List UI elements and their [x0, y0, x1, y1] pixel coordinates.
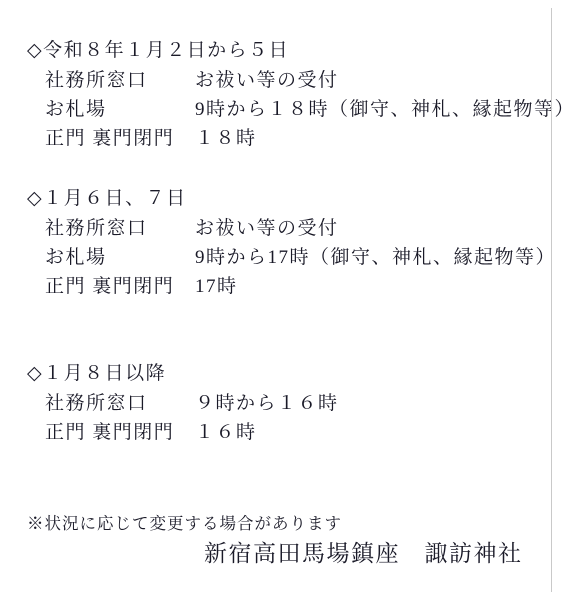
row-label: 社務所窓口	[45, 214, 195, 243]
row-value: 9時から17時（御守、神札、縁起物等）	[195, 243, 556, 272]
section-heading: ◇１月８日以降	[27, 359, 547, 389]
row-value: お祓い等の受付	[195, 66, 339, 95]
section-rows: 社務所窓口 お祓い等の受付 お札場 9時から１８時（御守、神札、縁起物等） 正門…	[27, 66, 547, 153]
schedule-section-jan6-7: ◇１月６日、７日 社務所窓口 お祓い等の受付 お札場 9時から17時（御守、神札…	[27, 184, 547, 301]
row-label: 社務所窓口	[45, 66, 195, 95]
row-label: 社務所窓口	[45, 389, 195, 418]
schedule-row: お札場 9時から17時（御守、神札、縁起物等）	[45, 243, 547, 272]
row-value: お祓い等の受付	[195, 214, 339, 243]
schedule-section-jan8-onward: ◇１月８日以降 社務所窓口 ９時から１６時 正門 裏門閉門 １６時	[27, 359, 547, 447]
schedule-row: 正門 裏門閉門 １６時	[45, 418, 547, 447]
schedule-row: 社務所窓口 ９時から１６時	[45, 389, 547, 418]
row-label: お札場	[45, 95, 195, 124]
row-value: ９時から１６時	[195, 389, 339, 418]
section-rows: 社務所窓口 ９時から１６時 正門 裏門閉門 １６時	[27, 389, 547, 447]
row-value: 17時	[195, 272, 238, 301]
page-edge-line	[551, 8, 552, 592]
schedule-row: お札場 9時から１８時（御守、神札、縁起物等）	[45, 95, 547, 124]
schedule-row: 正門 裏門閉門 １８時	[45, 124, 547, 153]
schedule-row: 社務所窓口 お祓い等の受付	[45, 214, 547, 243]
row-value: １６時	[195, 418, 257, 447]
row-value: 9時から１８時（御守、神札、縁起物等）	[195, 95, 562, 124]
row-value: １８時	[195, 124, 257, 153]
schedule-row: 社務所窓口 お祓い等の受付	[45, 66, 547, 95]
row-label: お札場	[45, 243, 195, 272]
section-heading: ◇令和８年１月２日から５日	[27, 36, 547, 66]
schedule-section-jan2-5: ◇令和８年１月２日から５日 社務所窓口 お祓い等の受付 お札場 9時から１８時（…	[27, 36, 547, 153]
change-disclaimer-note: ※状況に応じて変更する場合があります	[27, 512, 342, 536]
shrine-signature: 新宿高田馬場鎮座 諏訪神社	[204, 539, 523, 569]
row-label: 正門 裏門閉門	[45, 272, 195, 301]
notice-document: ◇令和８年１月２日から５日 社務所窓口 お祓い等の受付 お札場 9時から１８時（…	[0, 0, 562, 612]
section-heading: ◇１月６日、７日	[27, 184, 547, 214]
schedule-row: 正門 裏門閉門 17時	[45, 272, 547, 301]
section-rows: 社務所窓口 お祓い等の受付 お札場 9時から17時（御守、神札、縁起物等） 正門…	[27, 214, 547, 301]
row-label: 正門 裏門閉門	[45, 124, 195, 153]
row-label: 正門 裏門閉門	[45, 418, 195, 447]
